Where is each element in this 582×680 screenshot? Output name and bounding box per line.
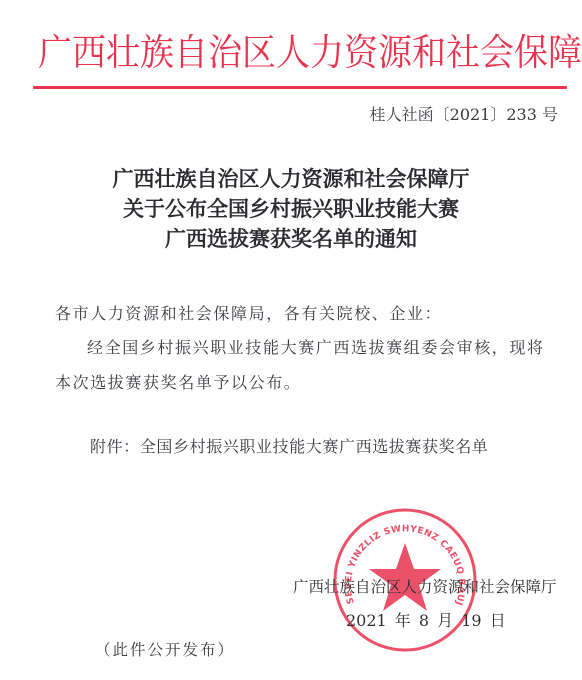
publication-note: （此件公开发布） bbox=[95, 639, 235, 661]
letterhead-issuer: 广西壮族自治区人力资源和社会保障厅 bbox=[38, 28, 564, 78]
body-paragraph-line-1: 经全国乡村振兴职业技能大赛广西选拔赛组委会审核，现将 bbox=[87, 337, 582, 359]
document-title-line-2: 关于公布全国乡村振兴职业技能大赛 bbox=[0, 194, 582, 224]
document-number: 桂人社函〔2021〕233 号 bbox=[370, 104, 558, 126]
document-title-line-1: 广西壮族自治区人力资源和社会保障厅 bbox=[0, 164, 582, 194]
attachment-reference: 附件：全国乡村振兴职业技能大赛广西选拔赛获奖名单 bbox=[90, 436, 582, 458]
salutation: 各市人力资源和社会保障局，各有关院校、企业： bbox=[55, 303, 565, 325]
letterhead-divider bbox=[33, 86, 567, 89]
document-title: 广西壮族自治区人力资源和社会保障厅 关于公布全国乡村振兴职业技能大赛 广西选拔赛… bbox=[0, 164, 582, 254]
document-title-line-3: 广西选拔赛获奖名单的通知 bbox=[0, 224, 582, 254]
signature-organization: 广西壮族自治区人力资源和社会保障厅 bbox=[293, 576, 557, 598]
body-paragraph-line-2: 本次选拔赛获奖名单予以公布。 bbox=[55, 372, 565, 394]
signature-date: 2021 年 8 月 19 日 bbox=[346, 610, 506, 632]
